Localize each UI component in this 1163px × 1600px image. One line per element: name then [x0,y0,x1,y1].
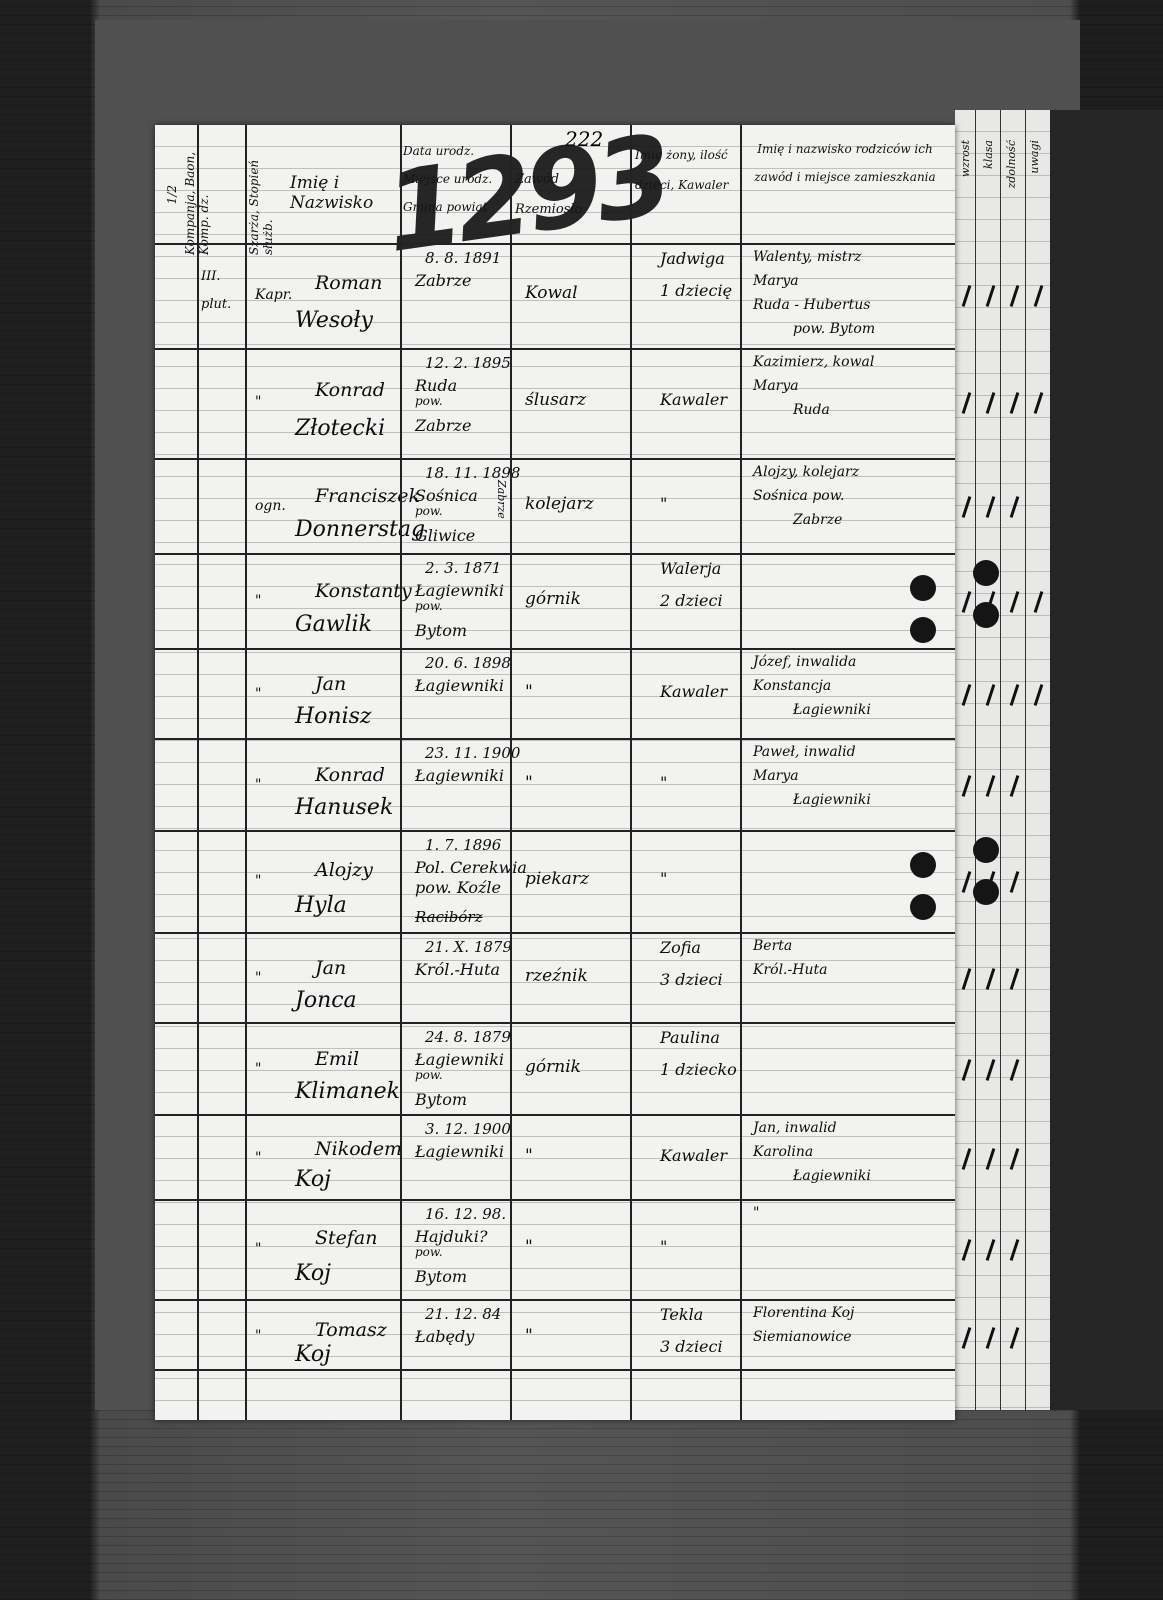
side-header-label: klasa [982,140,995,169]
rank-cell: " [255,1328,261,1344]
first-name: Konrad [315,764,385,786]
tally-mark [986,1059,996,1081]
first-name: Konstanty [315,580,412,602]
tally-mark [962,591,972,613]
parents-info: Łagiewniki [793,792,871,808]
rank-cell: " [255,873,261,889]
tally-mark [962,871,972,893]
parents-info: Marya [753,768,799,784]
first-name: Franciszek [315,485,420,507]
parents-info: Konstancja [753,678,831,694]
tally-mark [962,285,972,307]
occupation: " [525,1326,533,1346]
tally-mark [1010,591,1020,613]
birth-place: pow. [415,504,443,518]
family-status: 3 dzieci [660,1337,723,1356]
side-header-label: wzrost [959,140,972,177]
rank-cell: Kapr. [255,287,292,303]
birth-place-note: Zabrze [495,480,508,519]
row-divider [155,932,955,934]
occupation: " [525,1237,533,1257]
parents-info: Sośnica pow. [753,488,845,504]
tally-mark [1034,285,1044,307]
rank-cell: ogn. [255,498,286,514]
tally-mark [1034,684,1044,706]
tally-mark [1010,392,1020,414]
first-name: Tomasz [315,1319,387,1341]
parents-info: Marya [753,378,799,394]
tally-mark [986,1239,996,1261]
tally-mark [962,1059,972,1081]
birth-date: 21. 12. 84 [425,1305,501,1323]
birth-place: Łabędy [415,1327,474,1346]
adjacent-page-strip: wzrostklasazdolnośćuwagi [955,110,1050,1410]
family-status: " [660,773,667,792]
family-status: 3 dzieci [660,970,723,989]
birth-date: 23. 11. 1900 [425,744,520,762]
occupation: górnik [525,589,581,609]
register-entry: "JanJonca21. X. 1879Król.-HutarzeźnikZof… [155,932,955,1022]
rank-cell: " [255,1241,261,1257]
column-divider [197,125,199,1420]
first-name: Emil [315,1048,359,1070]
row-divider [155,738,955,740]
birth-date: 20. 6. 1898 [425,654,511,672]
punch-hole [910,852,936,878]
tally-mark [962,392,972,414]
family-status: Kawaler [660,1146,727,1165]
birth-place: Sośnica [415,486,478,505]
tally-mark [1010,684,1020,706]
birth-date: 12. 2. 1895 [425,354,511,372]
first-name: Stefan [315,1227,378,1249]
row-divider [155,648,955,650]
parents-info: " [753,1205,759,1221]
parents-info: Jan, inwalid [753,1120,837,1136]
register-entry: "AlojzyHyla1. 7. 1896Pol. Cerekwiapow. K… [155,830,955,932]
rank-cell: " [255,777,261,793]
rank-cell: " [255,1061,261,1077]
tally-mark [986,1327,996,1349]
birth-place: pow. [415,599,443,613]
last-name: Hyla [295,893,347,918]
register-entry: "KonradHanusek23. 11. 1900Łagiewniki""Pa… [155,738,955,830]
register-page: 1/2 Kompanja, Baon, Komp. dz. Szarża, St… [155,125,955,1420]
birth-place-struck: Racibórz [415,908,483,926]
birth-place: pow. [415,394,443,408]
birth-place: Hajduki? [415,1227,487,1246]
register-entry: "JanHonisz20. 6. 1898Łagiewniki"KawalerJ… [155,648,955,738]
rank-cell: " [255,686,261,702]
family-status: Jadwiga [660,249,725,268]
side-column-divider [975,110,976,1410]
parents-info: Siemianowice [753,1329,852,1345]
punch-hole [973,879,999,905]
tally-mark [962,684,972,706]
parents-info: Kazimierz, kowal [753,354,874,370]
row-divider [155,1369,955,1371]
tally-mark [1034,591,1044,613]
parents-info: Ruda [793,402,830,418]
occupation: Kowal [525,283,578,303]
header-col-rank: Szarża, Stopień służb. [247,145,275,255]
row-divider [155,1199,955,1201]
tally-mark [1010,1148,1020,1170]
rank-cell: " [255,394,261,410]
company-cell: III. [201,269,221,284]
birth-date: 1. 7. 1896 [425,836,501,854]
parents-info: pow. Bytom [793,321,875,337]
last-name: Klimanek [295,1079,400,1104]
first-name: Roman [315,272,382,294]
family-status: Tekla [660,1305,703,1324]
punch-hole [910,575,936,601]
row-divider [155,1114,955,1116]
side-column-divider [1000,110,1001,1410]
birth-place: Zabrze [415,271,471,290]
tally-mark [1010,775,1020,797]
tally-mark [986,392,996,414]
family-status: " [660,494,667,513]
company-cell: plut. [201,297,231,312]
punch-hole [910,617,936,643]
row-divider [155,1022,955,1024]
last-name: Hanusek [295,795,393,820]
birth-place: Ruda [415,376,457,395]
first-name: Alojzy [315,859,373,881]
last-name: Donnerstag [295,517,425,542]
register-entry: "KonstantyGawlik2. 3. 1871Łagiewnikipow.… [155,553,955,648]
birth-date: 24. 8. 1879 [425,1028,511,1046]
first-name: Nikodem [315,1138,402,1160]
occupation: kolejarz [525,494,594,514]
parents-info: Łagiewniki [793,1168,871,1184]
column-divider [740,125,742,1420]
row-divider [155,458,955,460]
family-status: " [660,1237,667,1256]
birth-place: pow. [415,1068,443,1082]
tally-mark [986,684,996,706]
tally-mark [962,775,972,797]
header-divider [155,243,955,245]
tally-mark [1010,1239,1020,1261]
parents-info: Zabrze [793,512,842,528]
last-name: Jonca [295,988,357,1013]
birth-date: 3. 12. 1900 [425,1120,511,1138]
last-name: Gawlik [295,612,372,637]
parents-info: Marya [753,273,799,289]
last-name: Honisz [295,704,372,729]
birth-place: Łagiewniki [415,581,504,600]
rank-cell: " [255,593,261,609]
tally-mark [962,1148,972,1170]
tally-mark [1010,1059,1020,1081]
birth-date: 8. 8. 1891 [425,249,501,267]
birth-place: Zabrze [415,416,471,435]
side-column-divider [1025,110,1026,1410]
birth-place: Łagiewniki [415,766,504,785]
tally-mark [1010,496,1020,518]
tally-mark [986,496,996,518]
birth-place: Łagiewniki [415,1050,504,1069]
rank-cell: " [255,970,261,986]
birth-place: Bytom [415,621,467,640]
family-status: Kawaler [660,682,727,701]
side-header-label: zdolność [1005,140,1018,189]
occupation: piekarz [525,869,589,889]
header-col-parents: Imię i nazwisko rodziców ich zawód i mie… [745,135,945,191]
rank-cell: " [255,1150,261,1166]
row-divider [155,553,955,555]
punch-hole [973,602,999,628]
tally-mark [986,1148,996,1170]
parents-info: Florentina Koj [753,1305,854,1321]
birth-place: Król.-Huta [415,960,500,979]
punch-hole [973,560,999,586]
tally-mark [986,968,996,990]
row-divider [155,348,955,350]
tally-mark [962,1239,972,1261]
family-status: Paulina [660,1028,720,1047]
occupation: rzeźnik [525,966,588,986]
birth-place: Gliwice [415,526,475,545]
tally-mark [1034,392,1044,414]
occupation: " [525,1146,533,1166]
occupation: ślusarz [525,390,586,410]
first-name: Jan [315,673,346,695]
header-col-name: Imię i Nazwisko [290,173,390,213]
parents-info: Karolina [753,1144,813,1160]
parents-info: Król.-Huta [753,962,827,978]
register-entry: "NikodemKoj3. 12. 1900Łagiewniki"Kawaler… [155,1114,955,1199]
parents-info: Walenty, mistrz [753,249,862,265]
family-status: 2 dzieci [660,591,723,610]
tally-mark [986,285,996,307]
last-name: Wesoły [295,308,373,333]
row-divider [155,830,955,832]
scan-edge-shadow [1050,110,1163,1410]
birth-date: 2. 3. 1871 [425,559,501,577]
birth-place: Bytom [415,1267,467,1286]
tally-mark [962,1327,972,1349]
last-name: Koj [295,1261,331,1286]
register-entry: III.plut.Kapr.RomanWesoły8. 8. 1891Zabrz… [155,243,955,348]
register-entry: ogn.FranciszekDonnerstag18. 11. 1898Sośn… [155,458,955,553]
punch-hole [910,894,936,920]
punch-hole [973,837,999,863]
tally-mark [1010,968,1020,990]
tally-mark [1010,1327,1020,1349]
column-divider [510,125,512,1420]
occupation: górnik [525,1057,581,1077]
last-name: Koj [295,1342,331,1367]
parents-info: Józef, inwalida [753,654,856,670]
birth-place: pow. Koźle [415,878,501,897]
register-entry: "TomaszKoj21. 12. 84Łabędy"Tekla3 dzieci… [155,1299,955,1369]
occupation: " [525,773,533,793]
occupation: " [525,682,533,702]
tally-mark [1010,285,1020,307]
parents-info: Paweł, inwalid [753,744,856,760]
birth-place: pow. [415,1245,443,1259]
birth-place: Łagiewniki [415,1142,504,1161]
family-status: Kawaler [660,390,727,409]
column-divider [400,125,402,1420]
family-status: Walerja [660,559,721,578]
row-divider [155,1299,955,1301]
register-entry: "EmilKlimanek24. 8. 1879Łagiewnikipow.By… [155,1022,955,1114]
last-name: Koj [295,1167,331,1192]
birth-place: Łagiewniki [415,676,504,695]
family-status: Zofia [660,938,701,957]
birth-date: 16. 12. 98. [425,1205,506,1223]
last-name: Złotecki [295,416,385,441]
birth-place: Bytom [415,1090,467,1109]
column-divider [630,125,632,1420]
family-status: 1 dziecko [660,1060,737,1079]
first-name: Jan [315,957,346,979]
first-name: Konrad [315,379,385,401]
register-entry: "KonradZłotecki12. 2. 1895Rudapow.Zabrze… [155,348,955,458]
header-col-number: 1/2 [165,185,179,204]
parents-info: Łagiewniki [793,702,871,718]
family-status: " [660,869,667,888]
tally-mark [962,496,972,518]
tally-mark [962,968,972,990]
register-entry: "StefanKoj16. 12. 98.Hajduki?pow.Bytom""… [155,1199,955,1299]
parents-info: Alojzy, kolejarz [753,464,859,480]
parents-info: Ruda - Hubertus [753,297,871,313]
column-divider [245,125,247,1420]
parents-info: Berta [753,938,792,954]
tally-mark [1010,871,1020,893]
birth-date: 21. X. 1879 [425,938,512,956]
side-header-label: uwagi [1028,140,1041,174]
tally-mark [986,775,996,797]
family-status: 1 dziecię [660,281,732,300]
